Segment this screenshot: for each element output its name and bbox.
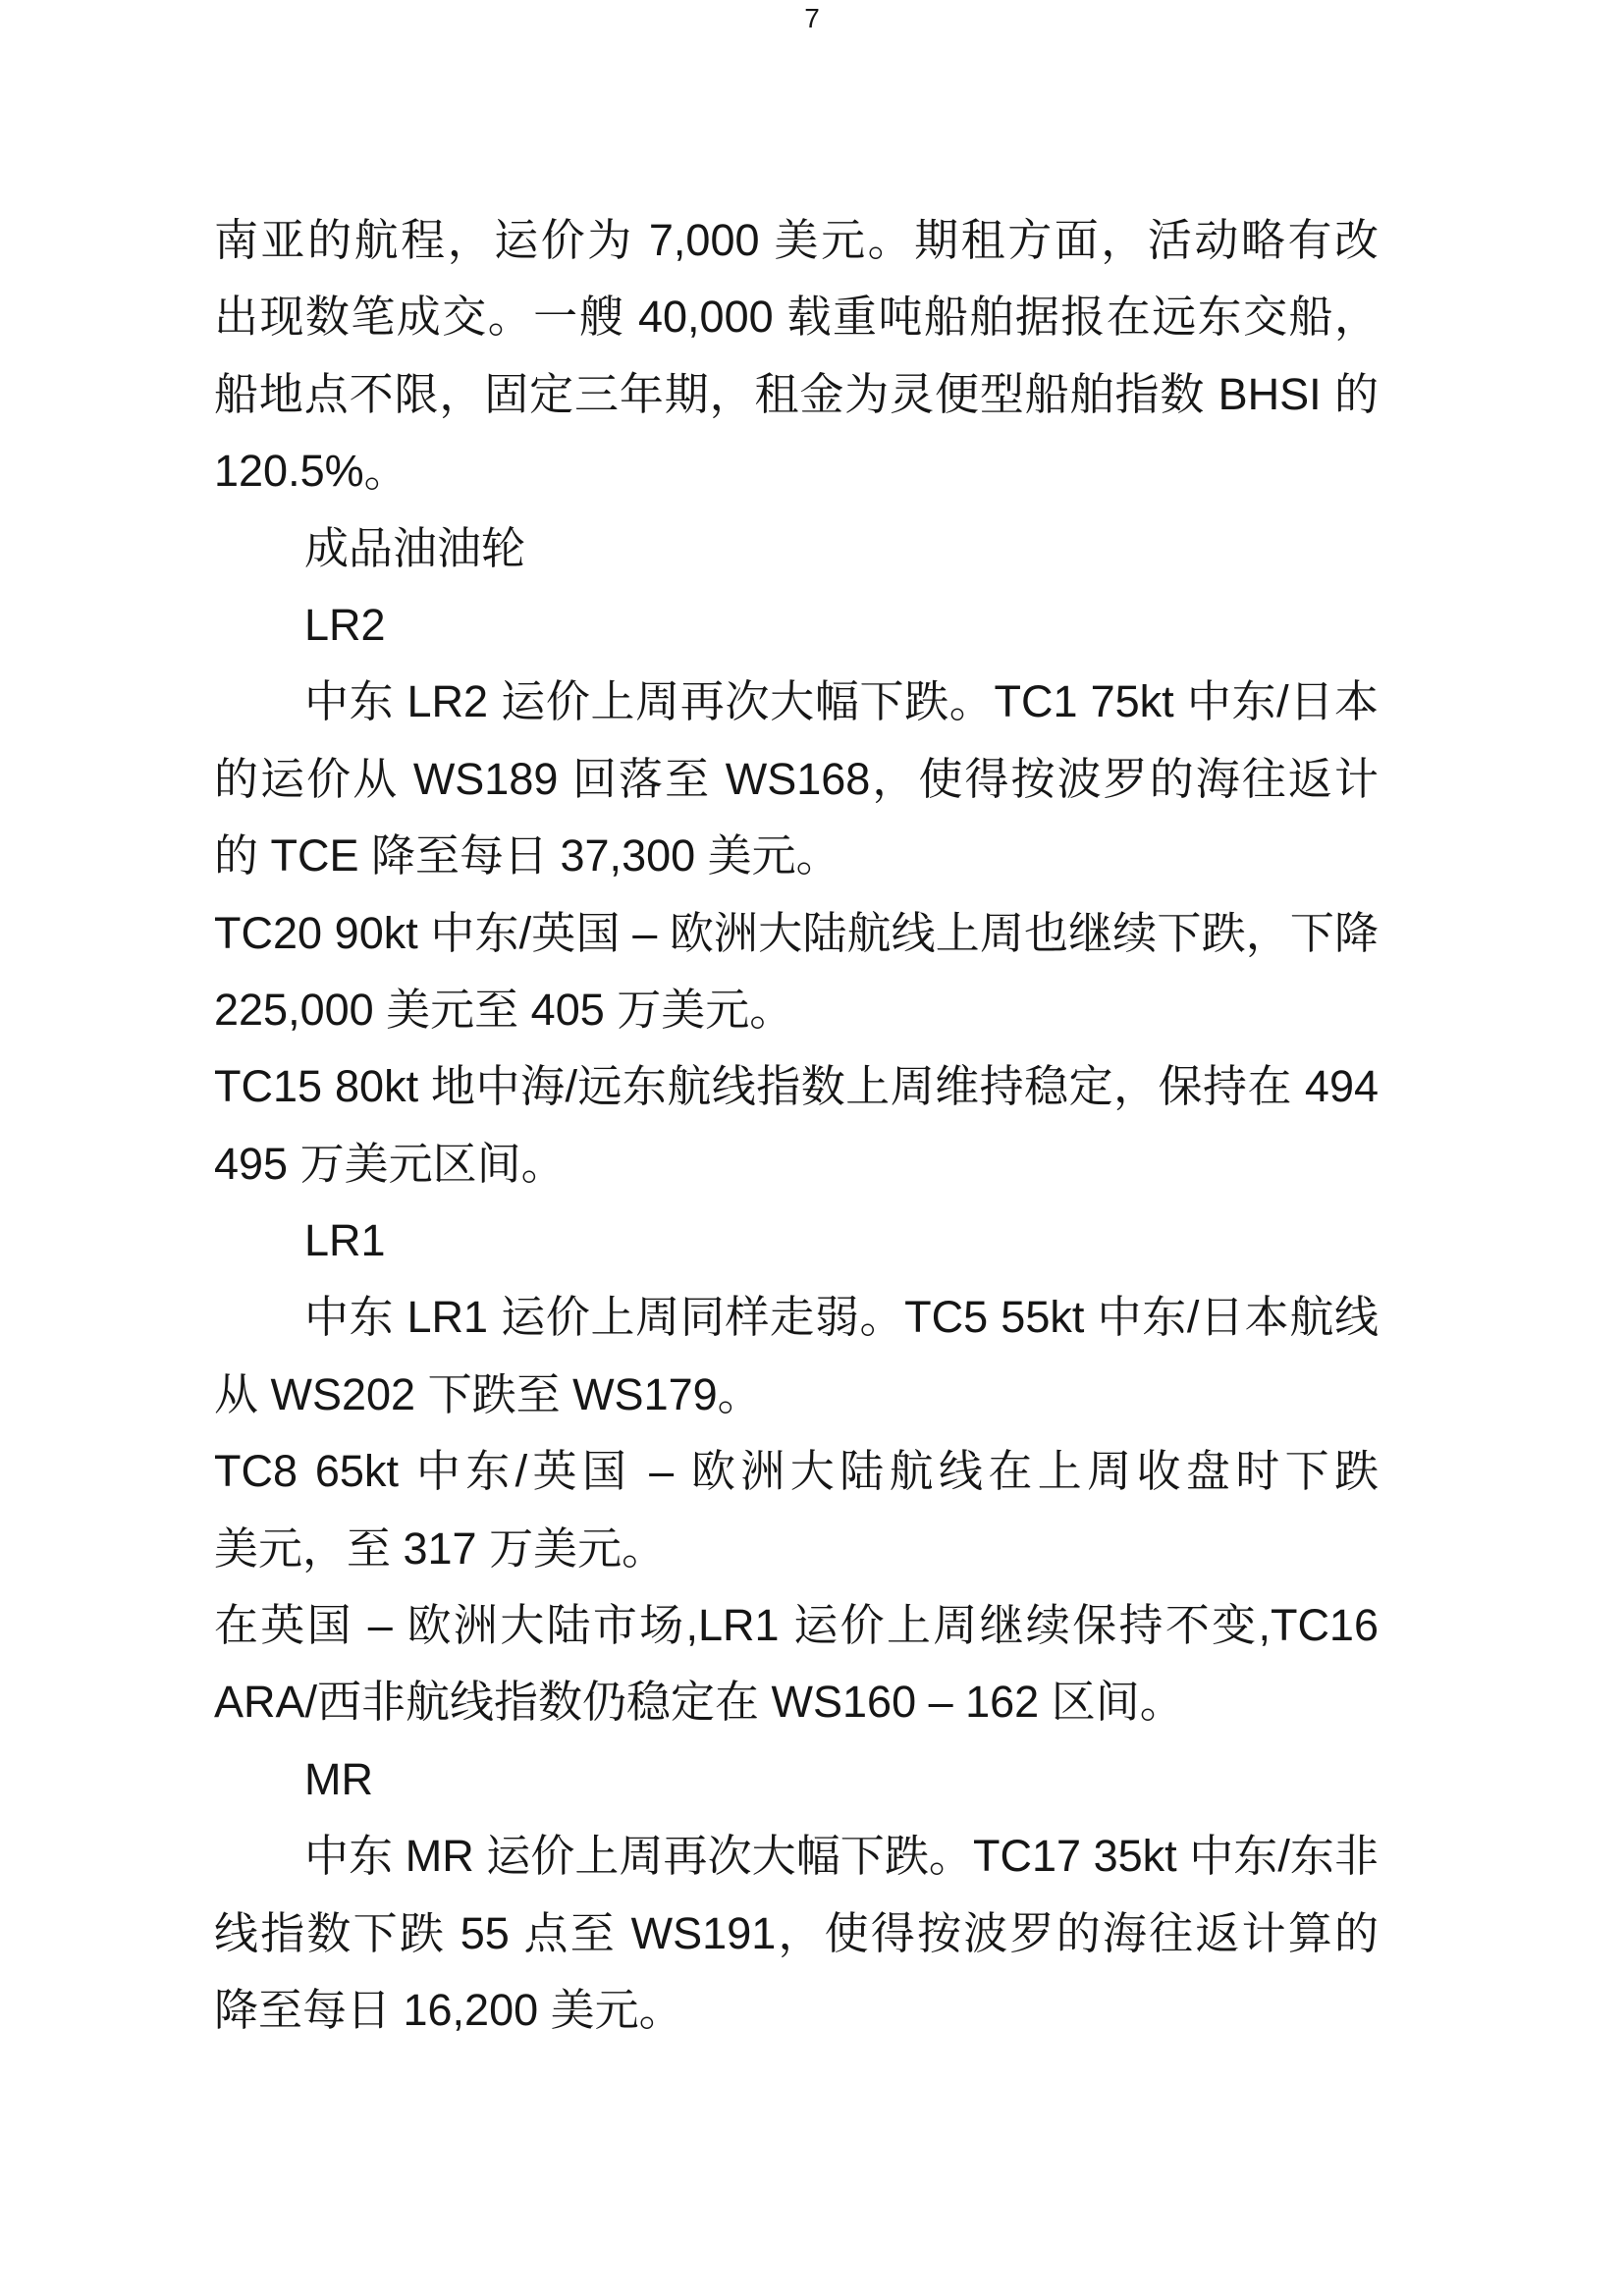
page-number: 7 (0, 2, 1624, 35)
text-line: 美元，至 317 万美元。 (214, 1511, 1379, 1587)
text-line: 的 TCE 降至每日 37,300 美元。 (214, 818, 1379, 894)
text-line: 降至每日 16,200 美元。 (214, 1972, 1379, 2049)
text-line: 495 万美元区间。 (214, 1126, 1379, 1202)
text-line: 120.5%。 (214, 433, 1379, 509)
text-line: 线指数下跌 55 点至 WS191，使得按波罗的海往返计算的 TCE (214, 1896, 1379, 1972)
text-line: MR (214, 1741, 1379, 1818)
text-line: LR2 (214, 587, 1379, 664)
document-body: 南亚的航程，运价为 7,000 美元。期租方面，活动略有改善，出现数笔成交。一艘… (214, 202, 1379, 2049)
text-line: 中东 LR1 运价上周同样走弱。TC5 55kt 中东/日本航线指数 (214, 1279, 1379, 1356)
text-line: 出现数笔成交。一艘 40,000 载重吨船舶据报在远东交船，还 (214, 279, 1379, 355)
text-line: 船地点不限，固定三年期，租金为灵便型船舶指数 BHSI 的 (214, 356, 1379, 433)
text-line: TC20 90kt 中东/英国 – 欧洲大陆航线上周也继续下跌，下降 (214, 895, 1379, 972)
document-page: 7 南亚的航程，运价为 7,000 美元。期租方面，活动略有改善，出现数笔成交。… (0, 0, 1624, 2296)
text-line: 中东 LR2 运价上周再次大幅下跌。TC1 75kt 中东/日本航线 (214, 664, 1379, 740)
text-line: 南亚的航程，运价为 7,000 美元。期租方面，活动略有改善， (214, 202, 1379, 279)
text-line: 从 WS202 下跌至 WS179。 (214, 1357, 1379, 1433)
text-line: 225,000 美元至 405 万美元。 (214, 972, 1379, 1048)
text-line: 成品油油轮 (214, 510, 1379, 587)
text-line: TC15 80kt 地中海/远东航线指数上周维持稳定，保持在 494 – (214, 1048, 1379, 1125)
text-line: 中东 MR 运价上周再次大幅下跌。TC17 35kt 中东/东非航 (214, 1818, 1379, 1895)
text-line: LR1 (214, 1202, 1379, 1279)
text-line: 在英国 – 欧洲大陆市场,LR1 运价上周继续保持不变,TC16 60kt (214, 1587, 1379, 1664)
text-line: 的运价从 WS189 回落至 WS168，使得按波罗的海往返计算 (214, 741, 1379, 818)
text-line: TC8 65kt 中东/英国 – 欧洲大陆航线在上周收盘时下跌 200,000 (214, 1433, 1379, 1510)
text-line: ARA/西非航线指数仍稳定在 WS160 – 162 区间。 (214, 1664, 1379, 1740)
